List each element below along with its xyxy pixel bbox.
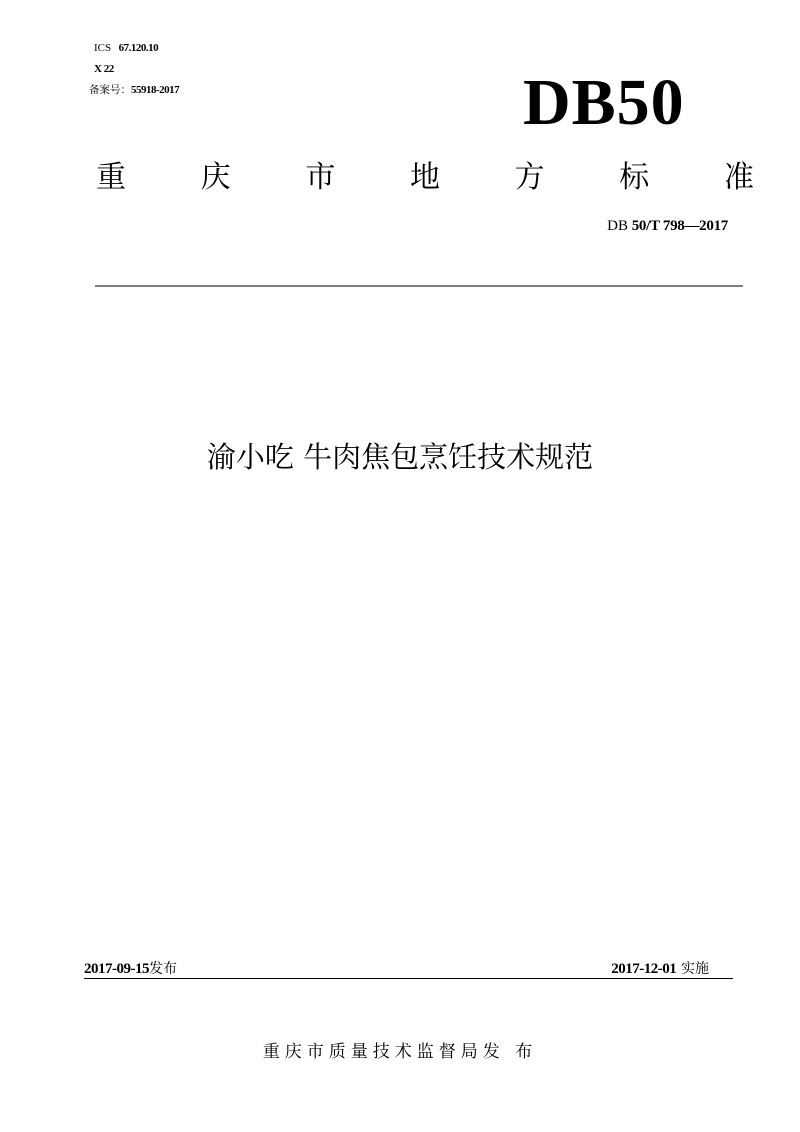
record-label: 备案号： xyxy=(89,84,131,96)
classification-line: X 22 xyxy=(94,62,114,76)
publish-date: 2017-09-15 xyxy=(84,961,149,977)
heading-char: 庆 xyxy=(200,158,232,198)
document-title: 渝小吃 牛肉焦包烹饪技术规范 xyxy=(0,437,800,477)
heading-char: 重 xyxy=(95,158,127,198)
heading-char: 市 xyxy=(304,158,336,198)
classification-code: X 22 xyxy=(94,63,114,75)
heading-char: 地 xyxy=(409,158,441,198)
standard-number-code: 50/T 798—2017 xyxy=(632,218,728,234)
publish-label: 发布 xyxy=(149,961,177,977)
issuing-authority: 重庆市质量技术监督局发 布 xyxy=(0,1040,800,1064)
publish-date-block: 2017-09-15发布 xyxy=(84,958,177,978)
heading-char: 标 xyxy=(618,158,650,198)
record-line: 备案号：55918-2017 xyxy=(89,83,179,97)
record-value: 55918-2017 xyxy=(131,84,179,96)
standard-number-prefix: DB xyxy=(607,218,628,234)
standard-number: DB 50/T 798—2017 xyxy=(607,218,728,235)
date-row: 2017-09-15发布 2017-12-01 实施 xyxy=(84,958,733,978)
date-divider xyxy=(84,978,733,979)
effective-label: 实施 xyxy=(681,961,709,977)
ics-value: 67.120.10 xyxy=(119,42,159,54)
ics-line: ICS 67.120.10 xyxy=(94,41,158,55)
header-divider xyxy=(95,285,743,287)
effective-date-block: 2017-12-01 实施 xyxy=(611,958,709,978)
effective-date: 2017-12-01 xyxy=(611,961,676,977)
ics-label: ICS xyxy=(94,42,111,54)
heading-char: 方 xyxy=(514,158,546,198)
heading-char: 准 xyxy=(723,158,755,198)
standard-type-heading: 重 庆 市 地 方 标 准 xyxy=(95,158,755,198)
db50-logo: DB50 xyxy=(523,70,685,136)
